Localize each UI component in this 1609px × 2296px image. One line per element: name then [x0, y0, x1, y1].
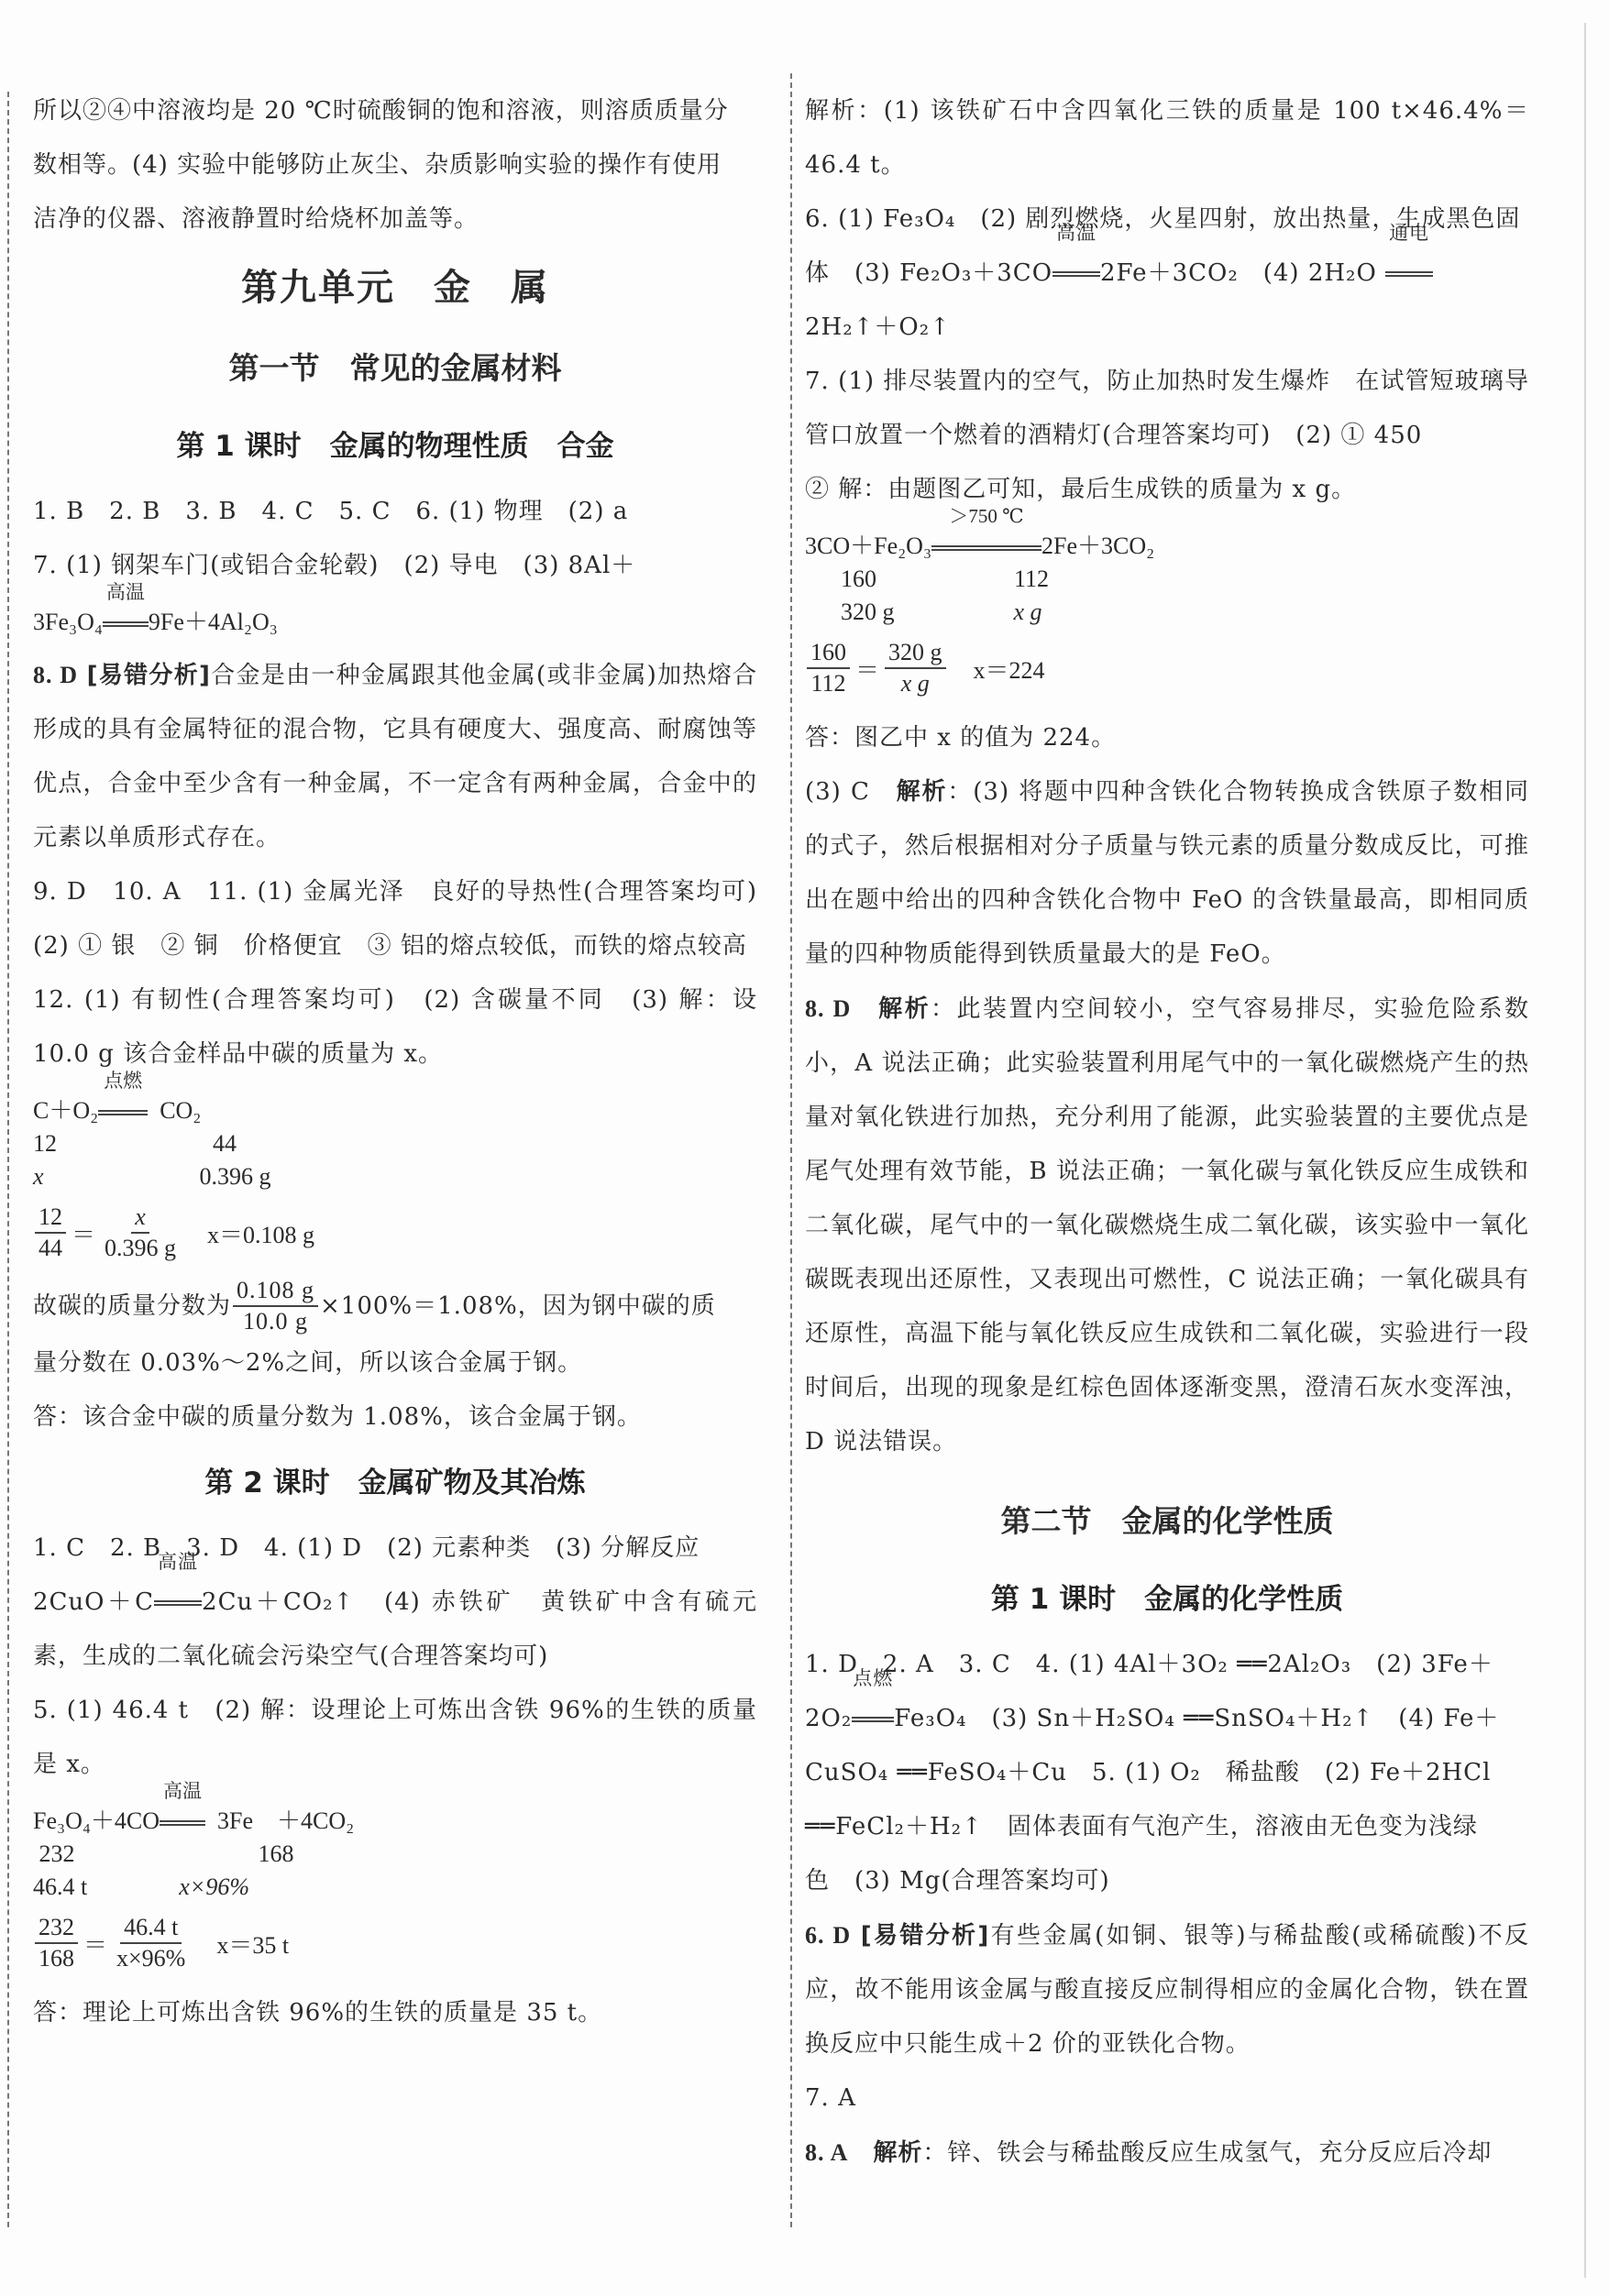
column-divider [790, 73, 792, 2227]
answers-1-6: 1. B 2. B 3. B 4. C 5. C 6. (1) 物理 (2) a [33, 485, 757, 539]
answer-6: 6. D [易错分析]有些金属(如铜、银等)与稀盐酸(或稀硫酸)不反应，故不能用… [805, 1908, 1529, 2071]
answer-7-3: (3) C 解析：(3) 将题中四种含铁化合物转换成含铁原子数相同的式子，然后根… [805, 765, 1529, 982]
answer-4-cont: 2CuO＋C高温2Cu＋CO₂↑ (4) 赤铁矿 黄铁矿中含有硫元素，生成的二氧… [33, 1576, 757, 1684]
error-analysis-tag: [易错分析] [861, 1922, 990, 1950]
intro-line-2: 数相等。(4) 实验中能够防止灰尘、杂质影响实验的操作有使用 [33, 138, 757, 192]
error-analysis-tag: [易错分析] [87, 662, 211, 689]
answer-5-cont: ══FeCl₂＋H₂↑ 固体表面有气泡产生，溶液由无色变为浅绿 [805, 1800, 1529, 1854]
left-dashed-border [7, 92, 9, 2227]
answers-1-4: 1. D 2. A 3. C 4. (1) 4Al＋3O₂ ══2Al₂O₃ (… [805, 1638, 1529, 1692]
section-title: 第一节 常见的金属材料 [33, 329, 757, 408]
ratio-7: 160112＝320 gx g x＝224 [805, 638, 1529, 698]
unit-title: 第九单元 金 属 [33, 247, 757, 329]
answer-12-conclusion: 答：该合金中碳的质量分数为 1.08%，该合金属于钢。 [33, 1390, 757, 1445]
answer-4-cont: 2O₂点燃Fe₃O₄ (3) Sn＋H₂SO₄ ══SnSO₄＋H₂↑ (4) … [805, 1692, 1529, 1746]
answer-7: 7. A [805, 2071, 1529, 2126]
answer-8: 8. D [易错分析]合金是由一种金属跟其他金属(或非金属)加热熔合形成的具有金… [33, 648, 757, 865]
answer-key-page: 所以②④中溶液均是 20 ℃时硫酸铜的饱和溶液，则溶质质量分 数相等。(4) 实… [0, 0, 1609, 2296]
answer-8: 8. A 解析：锌、铁会与稀盐酸反应生成氢气，充分反应后冷却 [805, 2126, 1529, 2181]
answer-6-products: 2H₂↑＋O₂↑ [805, 301, 1529, 355]
lesson-title: 第 2 课时 金属矿物及其冶炼 [33, 1445, 757, 1522]
ratio-5: 232168＝46.4 tx×96% x＝35 t [33, 1913, 757, 1973]
intro-line-1: 所以②④中溶液均是 20 ℃时硫酸铜的饱和溶液，则溶质质量分 [33, 84, 757, 138]
left-column: 所以②④中溶液均是 20 ℃时硫酸铜的饱和溶液，则溶质质量分 数相等。(4) 实… [33, 84, 757, 2040]
answer-12: 12. (1) 有韧性(合理答案均可) (2) 含碳量不同 (3) 解：设10.… [33, 973, 757, 1082]
equation-7: 3CO＋Fe₂O₃＞750 ℃2Fe＋3CO₂ 160112 320 gx g [805, 530, 1529, 629]
analysis-5: 解析：(1) 该铁矿石中含四氧化三铁的质量是 100 t×46.4%＝46.4 … [805, 84, 1529, 192]
page-edge-line [1584, 23, 1586, 2278]
intro-line-3: 洁净的仪器、溶液静置时给烧杯加盖等。 [33, 192, 757, 247]
answers-1-4: 1. C 2. B 3. D 4. (1) D (2) 元素种类 (3) 分解反… [33, 1522, 757, 1576]
answer-5: 5. (1) 46.4 t (2) 解：设理论上可炼出含铁 96%的生铁的质量是… [33, 1684, 757, 1792]
equation-reactants: 3Fe₃O₄ [33, 609, 103, 635]
carbon-fraction: 故碳的质量分数为0.108 g10.0 g×100%＝1.08%，因为钢中碳的质 [33, 1276, 757, 1336]
answer-6-equations: 体 (3) Fe₂O₃＋3CO高温2Fe＋3CO₂ (4) 2H₂O 通电 [805, 247, 1529, 301]
answers-9-11: 9. D 10. A 11. (1) 金属光泽 良好的导热性(合理答案均可) (… [33, 865, 757, 973]
carbon-range: 量分数在 0.03%～2%之间，所以该合金属于钢。 [33, 1336, 757, 1390]
answer-5-end: 色 (3) Mg(合理答案均可) [805, 1854, 1529, 1908]
answer-5-conclusion: 答：理论上可炼出含铁 96%的生铁的质量是 35 t。 [33, 1986, 757, 2040]
reaction-condition: 高温 [103, 582, 149, 602]
equation-products: 9Fe＋4Al₂O₃ [149, 609, 278, 635]
equation-5: Fe₃O₄＋4CO高温 3Fe ＋4CO₂ 232168 46.4 tx×96% [33, 1805, 757, 1904]
section-title: 第二节 金属的化学性质 [805, 1482, 1529, 1561]
answer-7-conclusion: 答：图乙中 x 的值为 224。 [805, 711, 1529, 765]
lesson-title: 第 1 课时 金属的化学性质 [805, 1561, 1529, 1638]
answer-7: 7. (1) 排尽装置内的空气，防止加热时发生爆炸 在试管短玻璃导管口放置一个燃… [805, 355, 1529, 463]
reaction-condition: 点燃 [98, 1071, 148, 1091]
answer-4-5: CuSO₄ ══FeSO₄＋Cu 5. (1) O₂ 稀盐酸 (2) Fe＋2H… [805, 1746, 1529, 1800]
equation-12: C＋O₂点燃 CO₂ 1244 x0.396 g [33, 1094, 757, 1193]
equation-7: 3Fe₃O₄高温9Fe＋4Al₂O₃ [33, 606, 757, 639]
answer-8: 8. D 解析：此装置内空间较小，空气容易排尽，实验危险系数小，A 说法正确；此… [805, 982, 1529, 1469]
ratio-12: 1244＝x0.396 g x＝0.108 g [33, 1203, 757, 1263]
lesson-title: 第 1 课时 金属的物理性质 合金 [33, 408, 757, 485]
answer-7-solution: ② 解：由题图乙可知，最后生成铁的质量为 x g。 [805, 463, 1529, 517]
right-column: 解析：(1) 该铁矿石中含四氧化三铁的质量是 100 t×46.4%＝46.4 … [805, 84, 1529, 2181]
